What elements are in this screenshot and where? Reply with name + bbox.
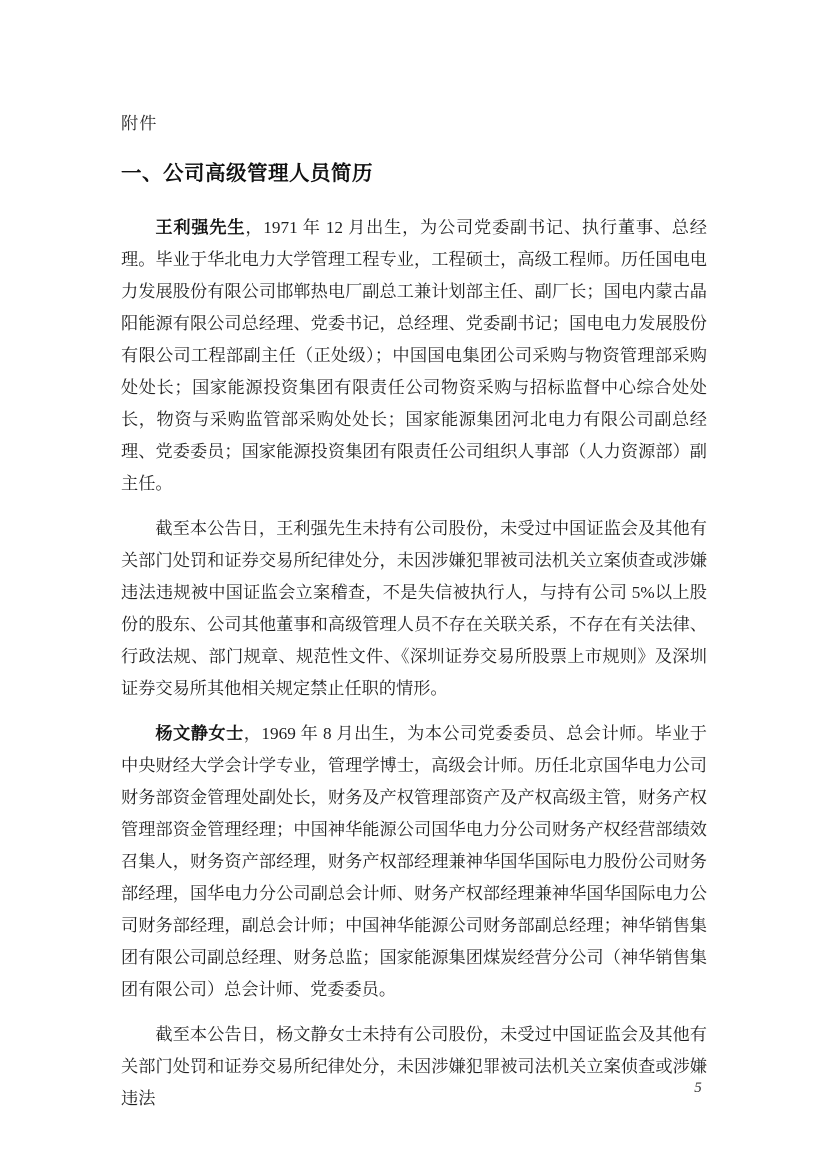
bio-paragraph-wang-liqiang: 王利强先生，1971 年 12 月出生，为公司党委副书记、执行董事、总经理。毕业… — [121, 212, 707, 500]
disclosure-text-wang-liqiang: 截至本公告日，王利强先生未持有公司股份，未受过中国证监会及其他有关部门处罚和证券… — [121, 519, 707, 698]
bio-text-wang-liqiang: ，1971 年 12 月出生，为公司党委副书记、执行董事、总经理。毕业于华北电力… — [121, 218, 707, 493]
person-name-yang-wenjing: 杨文静女士 — [155, 724, 243, 743]
disclosure-paragraph-wang-liqiang: 截至本公告日，王利强先生未持有公司股份，未受过中国证监会及其他有关部门处罚和证券… — [121, 513, 707, 705]
disclosure-text-yang-wenjing: 截至本公告日，杨文静女士未持有公司股份，未受过中国证监会及其他有关部门处罚和证券… — [121, 1025, 707, 1108]
page-number: 5 — [688, 1080, 708, 1097]
bio-paragraph-yang-wenjing: 杨文静女士，1969 年 8 月出生，为本公司党委委员、总会计师。毕业于中央财经… — [121, 718, 707, 1006]
person-name-wang-liqiang: 王利强先生 — [155, 218, 245, 237]
document-content: 附件 一、公司高级管理人员简历 王利强先生，1971 年 12 月出生，为公司党… — [121, 0, 707, 1115]
section-heading: 一、公司高级管理人员简历 — [121, 160, 707, 188]
attachment-label: 附件 — [121, 112, 707, 136]
disclosure-paragraph-yang-wenjing: 截至本公告日，杨文静女士未持有公司股份，未受过中国证监会及其他有关部门处罚和证券… — [121, 1019, 707, 1115]
bio-text-yang-wenjing: ，1969 年 8 月出生，为本公司党委委员、总会计师。毕业于中央财经大学会计学… — [121, 724, 707, 999]
document-page: 附件 一、公司高级管理人员简历 王利强先生，1971 年 12 月出生，为公司党… — [0, 0, 827, 1169]
